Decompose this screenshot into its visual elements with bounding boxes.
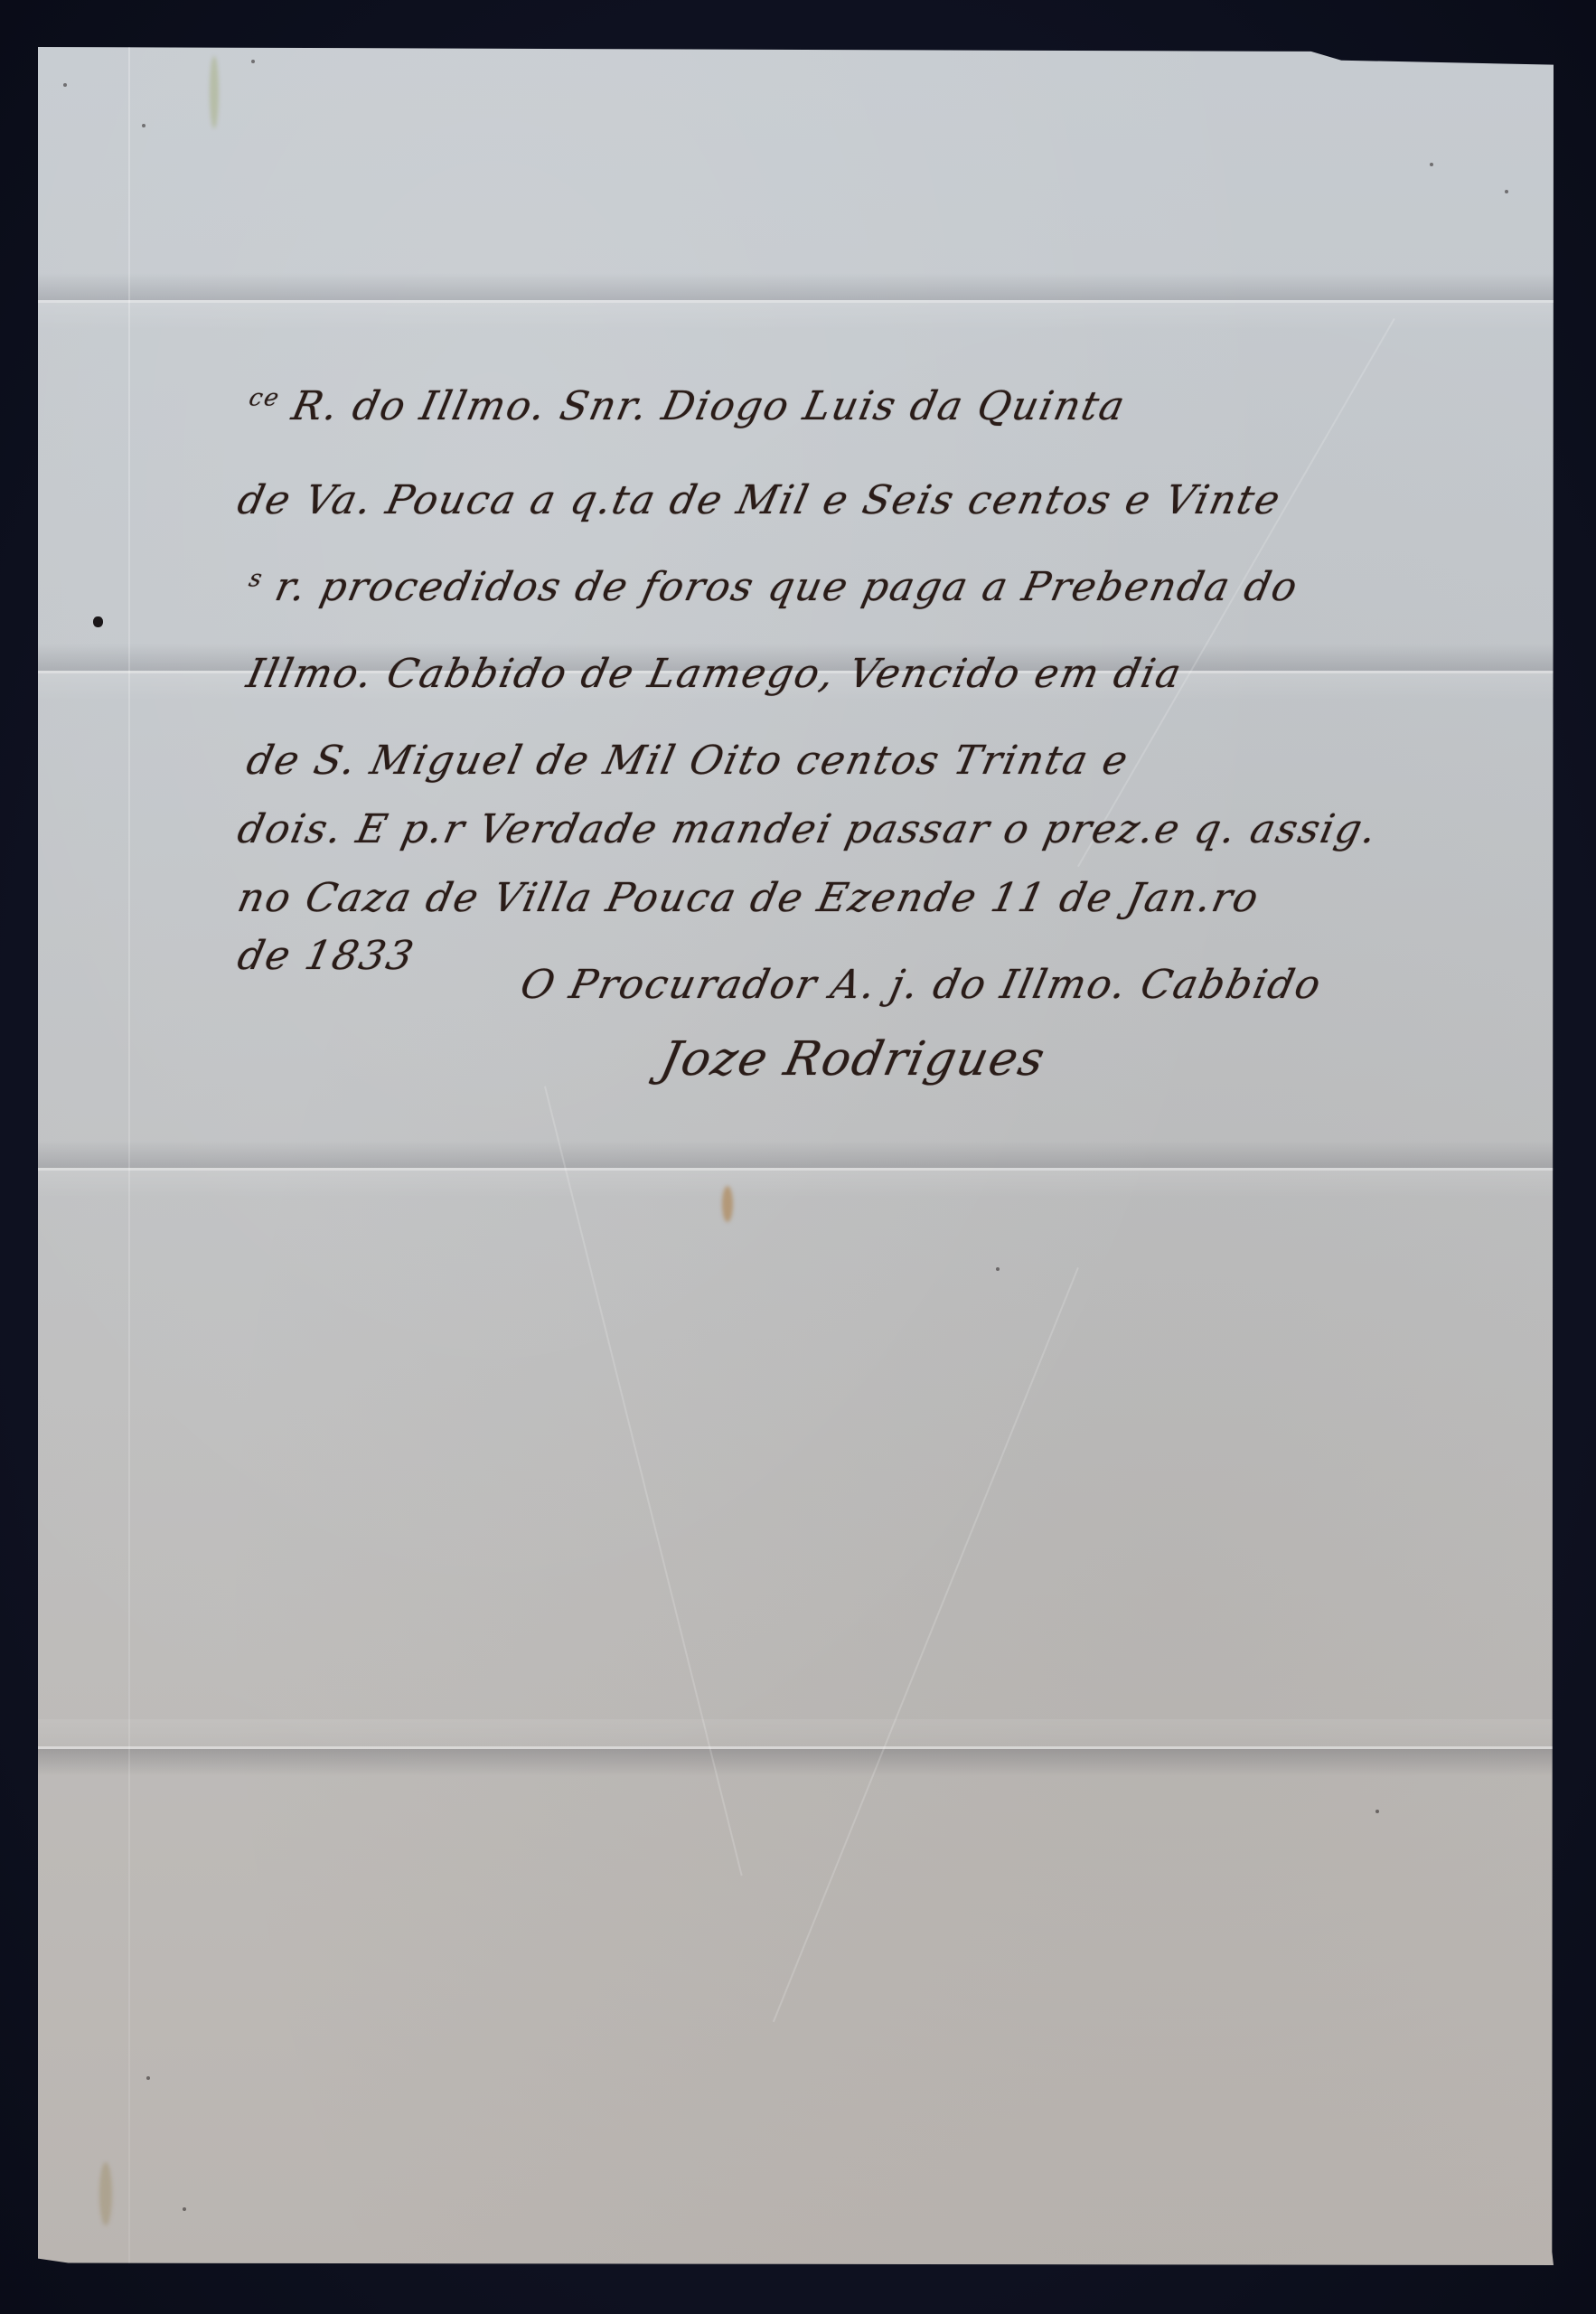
body-line: ce R. do Illmo. Snr. Diogo Luis da Quint… xyxy=(243,383,1131,429)
signatory-title: O Procurador A. j. do Illmo. Cabbido xyxy=(517,962,1327,1008)
body-line: dois. E p.r Verdade mandei passar o prez… xyxy=(234,806,1383,852)
body-line: no Caza de Villa Pouca de Ezende 11 de J… xyxy=(234,875,1264,921)
document-sheet: ce R. do Illmo. Snr. Diogo Luis da Quint… xyxy=(38,47,1554,2265)
body-line: Illmo. Cabbido de Lamego, Vencido em dia xyxy=(243,651,1187,697)
body-line: de S. Miguel de Mil Oito centos Trinta e xyxy=(243,738,1133,784)
handwritten-text: ce R. do Illmo. Snr. Diogo Luis da Quint… xyxy=(38,47,1554,2265)
date-line: de 1833 xyxy=(234,933,419,979)
body-line: de Va. Pouca a q.ta de Mil e Seis centos… xyxy=(234,477,1286,523)
signature: Joze Rodrigues xyxy=(656,1032,1051,1086)
body-line: s r. procedidos de foros que paga a Preb… xyxy=(243,564,1303,610)
